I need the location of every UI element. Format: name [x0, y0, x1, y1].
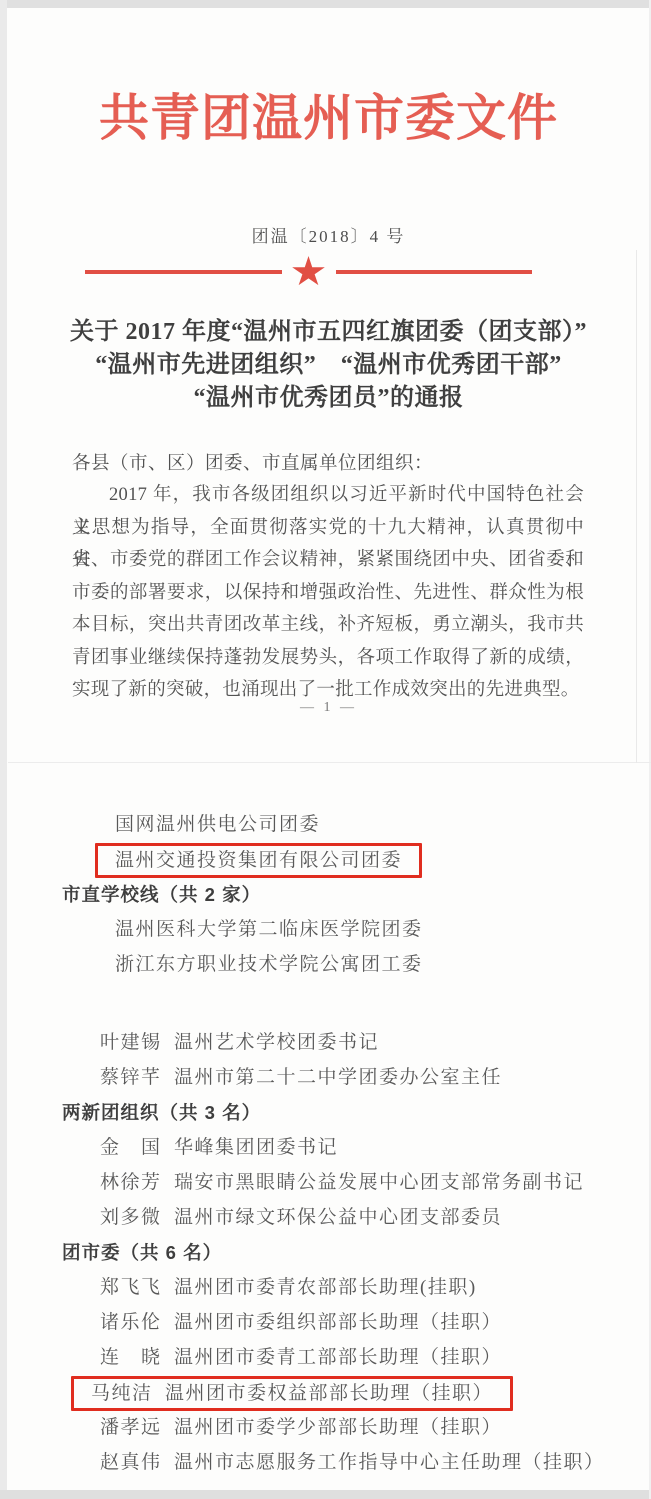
body-line: 义思想为指导，全面贯彻落实党的十九大精神，认真贯彻中央、 — [72, 512, 584, 545]
scanned-document: 共青团温州市委文件 团温〔2018〕4 号 关于 2017 年度“温州市五四红旗… — [0, 0, 651, 1499]
person-list-item: 蔡锌芊温州市第二十二中学团委办公室主任 — [8, 1060, 649, 1095]
person-name: 叶建锡 — [100, 1025, 168, 1060]
scan-edge-left — [0, 0, 7, 1499]
document-page-1: 共青团温州市委文件 团温〔2018〕4 号 关于 2017 年度“温州市五四红旗… — [8, 0, 649, 762]
body-line: 市委的部署要求，以保持和增强政治性、先进性、群众性为根 — [72, 577, 584, 610]
person-role: 温州市第二十二中学团委办公室主任 — [174, 1067, 502, 1088]
section-heading: 两新团组织（共 3 名） — [8, 1095, 649, 1130]
person-list-item: 潘孝远温州团市委学少部部长助理（挂职） — [8, 1410, 649, 1445]
person-list-item: 金 国华峰集团团委书记 — [8, 1130, 649, 1165]
person-role: 温州团市委学少部部长助理（挂职） — [174, 1417, 502, 1438]
star-divider — [85, 256, 532, 288]
person-list-item: 诸乐伦温州团市委组织部部长助理（挂职） — [8, 1305, 649, 1340]
section-heading: 市直学校线（共 2 家） — [8, 877, 649, 912]
person-role: 温州市绿文环保公益中心团支部委员 — [174, 1207, 502, 1228]
page-number: — 1 — — [8, 700, 649, 716]
org-list-item: 浙江东方职业技术学院公寓团工委 — [8, 947, 649, 982]
person-name: 连 晓 — [100, 1340, 168, 1375]
person-list-item: 林徐芳瑞安市黑眼睛公益发展中心团支部常务副书记 — [8, 1165, 649, 1200]
person-role: 华峰集团团委书记 — [174, 1137, 338, 1158]
person-list-item: 赵真伟温州市志愿服务工作指导中心主任助理（挂职） — [8, 1445, 649, 1480]
person-role: 瑞安市黑眼睛公益发展中心团支部常务副书记 — [174, 1172, 584, 1193]
scan-edge-bottom — [0, 1490, 651, 1499]
body-line: 本目标，突出共青团改革主线，补齐短板，勇立潮头，我市共 — [72, 609, 584, 642]
person-role: 温州团市委组织部部长助理（挂职） — [174, 1312, 502, 1333]
divider-line-left — [85, 270, 282, 274]
person-role: 温州市志愿服务工作指导中心主任助理（挂职） — [174, 1452, 605, 1473]
document-title-line: 关于 2017 年度“温州市五四红旗团委（团支部）” — [8, 316, 649, 349]
person-name: 马纯洁 — [91, 1379, 159, 1408]
person-role: 温州艺术学校团委书记 — [174, 1032, 379, 1053]
document-masthead: 共青团温州市委文件 — [8, 78, 649, 150]
document-title-line: “温州市先进团组织” “温州市优秀团干部” — [8, 349, 649, 382]
org-name: 温州医科大学第二临床医学院团委 — [115, 919, 423, 940]
org-list-item: 温州医科大学第二临床医学院团委 — [8, 912, 649, 947]
star-icon — [292, 256, 326, 288]
person-list-item-highlighted: 马纯洁温州团市委权益部部长助理（挂职） — [8, 1375, 649, 1410]
person-name: 潘孝远 — [100, 1410, 168, 1445]
person-role: 温州团市委青农部部长助理(挂职) — [174, 1277, 477, 1298]
divider-line-right — [336, 270, 533, 274]
document-page-2: 国网温州供电公司团委 温州交通投资集团有限公司团委 市直学校线（共 2 家） 温… — [8, 763, 649, 1480]
body-line: 青团事业继续保持蓬勃发展势头，各项工作取得了新的成绩， — [72, 642, 584, 675]
body-paragraph: 2017 年，我市各级团组织以习近平新时代中国特色社会主 义思想为指导，全面贯彻… — [72, 479, 584, 707]
person-name: 赵真伟 — [100, 1445, 168, 1480]
person-list-item: 连 晓温州团市委青工部部长助理（挂职） — [8, 1340, 649, 1375]
body-line: 2017 年，我市各级团组织以习近平新时代中国特色社会主 — [72, 479, 584, 512]
org-name: 国网温州供电公司团委 — [115, 814, 320, 835]
document-title-line: “温州市优秀团员”的通报 — [8, 382, 649, 415]
document-number: 团温〔2018〕4 号 — [8, 222, 649, 247]
org-list-item: 国网温州供电公司团委 — [8, 807, 649, 842]
highlight-box: 马纯洁温州团市委权益部部长助理（挂职） — [71, 1376, 513, 1411]
person-name: 蔡锌芊 — [100, 1060, 168, 1095]
salutation-line: 各县（市、区）团委、市直属单位团组织： — [72, 449, 433, 475]
org-name: 浙江东方职业技术学院公寓团工委 — [115, 954, 423, 975]
person-name: 刘多微 — [100, 1200, 168, 1235]
person-name: 诸乐伦 — [100, 1305, 168, 1340]
document-title: 关于 2017 年度“温州市五四红旗团委（团支部）” “温州市先进团组织” “温… — [8, 316, 649, 415]
org-list-item-highlighted: 温州交通投资集团有限公司团委 — [8, 842, 649, 877]
person-name: 郑飞飞 — [100, 1270, 168, 1305]
person-list-item: 郑飞飞温州团市委青农部部长助理(挂职) — [8, 1270, 649, 1305]
person-name: 金 国 — [100, 1130, 168, 1165]
org-name: 温州交通投资集团有限公司团委 — [115, 850, 402, 871]
person-name: 林徐芳 — [100, 1165, 168, 1200]
body-line: 省、市委党的群团工作会议精神，紧紧围绕团中央、团省委和 — [72, 544, 584, 577]
section-heading: 团市委（共 6 名） — [8, 1235, 649, 1270]
person-role: 温州团市委权益部部长助理（挂职） — [165, 1383, 493, 1404]
person-list-item: 叶建锡温州艺术学校团委书记 — [8, 1025, 649, 1060]
person-list-item: 刘多微温州市绿文环保公益中心团支部委员 — [8, 1200, 649, 1235]
highlight-box: 温州交通投资集团有限公司团委 — [95, 843, 422, 878]
person-role: 温州团市委青工部部长助理（挂职） — [174, 1347, 502, 1368]
